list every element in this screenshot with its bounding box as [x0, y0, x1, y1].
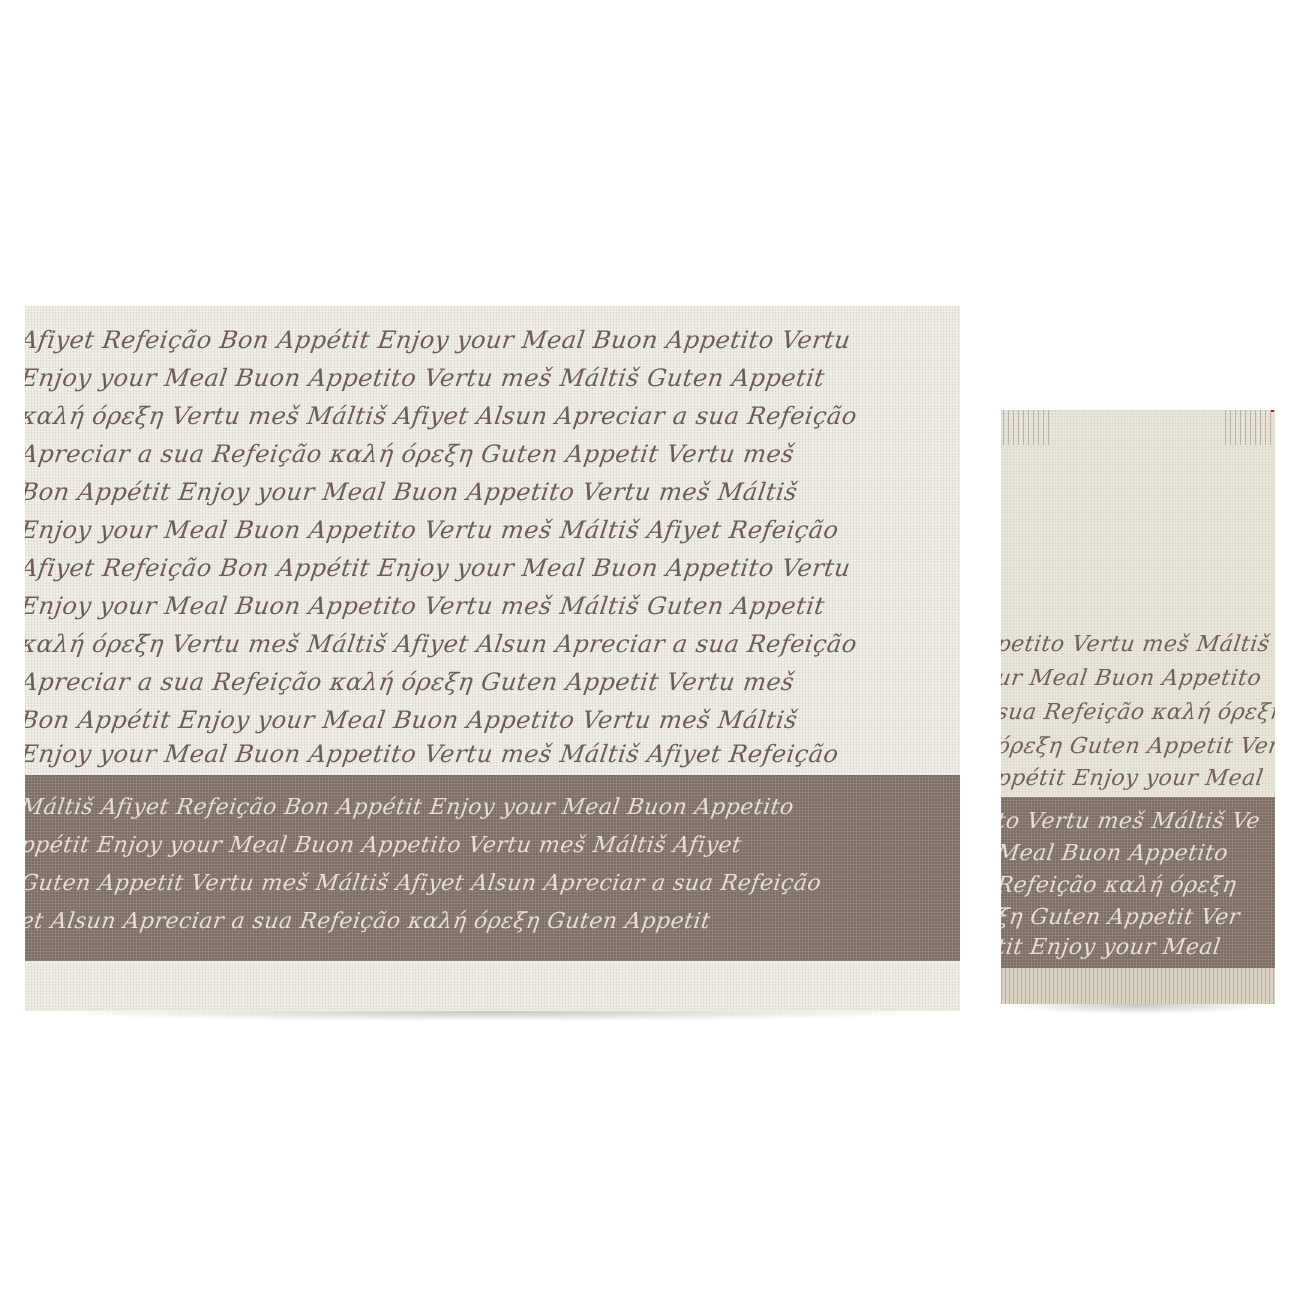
script-line: καλή όρεξη Vertu meš Máltiš Afiyet Alsun… [25, 632, 859, 656]
script-line: Enjoy your Meal Buon Appetito Vertu meš … [25, 594, 826, 618]
napkin-bottom-stripes [1001, 968, 1275, 1004]
placemat: Afiyet Refeição Bon Appétit Enjoy your M… [25, 306, 960, 1011]
script-line: Afiyet Refeição Bon Appétit Enjoy your M… [25, 328, 852, 352]
band-script-line: Guten Appetit Vertu meš Máltiš Afiyet Al… [25, 873, 823, 895]
script-line: όρεξη Guten Appetit Vertu [1001, 736, 1275, 758]
band-script-line: tit Enjoy your Meal [1001, 937, 1222, 959]
script-line: Enjoy your Meal Buon Appetito Vertu meš … [25, 518, 840, 542]
band-script-line: ppétit Enjoy your Meal Buon Appetito Ver… [25, 835, 743, 857]
band-script-line: Meal Buon Appetito [1001, 843, 1230, 865]
napkin-script-pattern: petito Vertu meš Máltiš ur Meal Buon App… [1001, 620, 1275, 800]
napkin-corner-mark [1271, 410, 1274, 412]
napkin-stripe-left [1003, 410, 1053, 445]
script-line: Apreciar a sua Refeição καλή όρεξη Guten… [25, 670, 796, 694]
band-script-line: ξη Guten Appetit Ver [1001, 907, 1241, 929]
band-script-line: Refeição καλή όρεξη [1001, 875, 1238, 897]
script-line: petito Vertu meš Máltiš [1001, 634, 1271, 656]
napkin: petito Vertu meš Máltiš ur Meal Buon App… [1001, 410, 1275, 1004]
band-script-line: to Vertu meš Máltiš Ve [1001, 811, 1261, 833]
napkin-stripe-right [1225, 410, 1275, 445]
script-line: Enjoy your Meal Buon Appetito Vertu meš … [25, 366, 826, 390]
band-script-line: et Alsun Apreciar a sua Refeição καλή όρ… [25, 911, 712, 933]
script-line: ppétit Enjoy your Meal [1001, 768, 1265, 790]
script-line: Bon Appétit Enjoy your Meal Buon Appetit… [25, 480, 799, 504]
placemat-band: Máltiš Afiyet Refeição Bon Appétit Enjoy… [25, 775, 960, 961]
script-line: καλή όρεξη Vertu meš Máltiš Afiyet Alsun… [25, 404, 859, 428]
script-line: Apreciar a sua Refeição καλή όρεξη Guten… [25, 442, 796, 466]
script-line: Bon Appétit Enjoy your Meal Buon Appetit… [25, 708, 799, 732]
script-line: sua Refeição καλή όρεξη [1001, 702, 1275, 724]
napkin-band: to Vertu meš Máltiš Ve Meal Buon Appetit… [1001, 797, 1275, 969]
script-line: Enjoy your Meal Buon Appetito Vertu meš … [25, 742, 840, 766]
band-script-line: Máltiš Afiyet Refeição Bon Appétit Enjoy… [25, 797, 795, 819]
script-line: Afiyet Refeição Bon Appétit Enjoy your M… [25, 556, 852, 580]
script-line: ur Meal Buon Appetito [1001, 668, 1263, 690]
placemat-script-pattern: Afiyet Refeição Bon Appétit Enjoy your M… [25, 306, 960, 776]
